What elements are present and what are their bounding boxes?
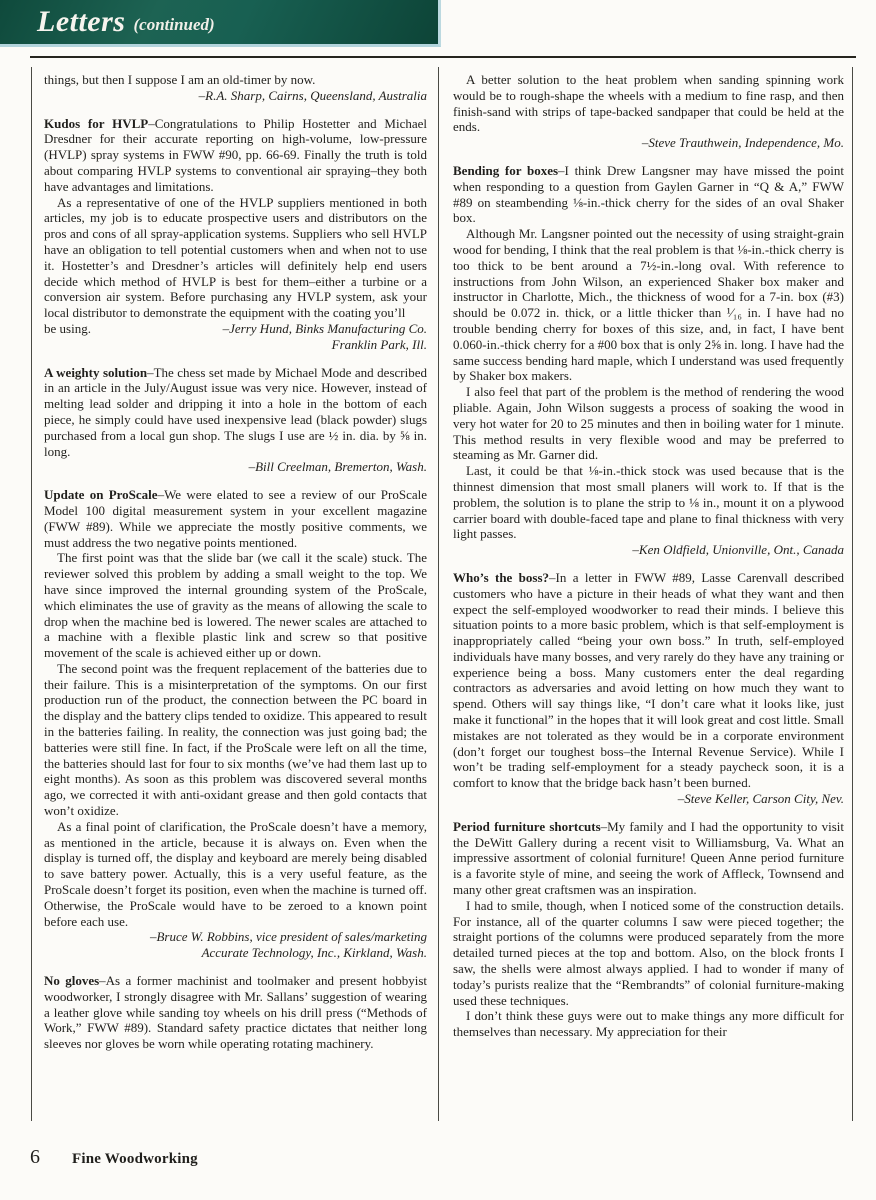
letter-paragraph: Update on ProScale–We were elated to see…: [44, 487, 427, 550]
page-title: Letters: [0, 7, 125, 37]
letter-paragraph: No gloves–As a former machinist and tool…: [44, 973, 427, 1052]
letter-paragraph: As a representative of one of the HVLP s…: [44, 195, 427, 321]
left-column: things, but then I suppose I am an old-t…: [32, 67, 439, 1121]
letter-heading: Kudos for HVLP: [44, 116, 148, 131]
signature-name: –Jerry Hund, Binks Manufacturing Co.: [223, 321, 427, 337]
letter-heading: Who’s the boss?: [453, 570, 549, 585]
letter-heading: Update on ProScale: [44, 487, 158, 502]
letter-heading: No gloves: [44, 973, 99, 988]
letter-paragraph: As a final point of clarification, the P…: [44, 819, 427, 930]
section-header-banner: Letters (continued): [0, 0, 441, 47]
header-rule: [30, 56, 856, 58]
letter-paragraph: I had to smile, though, when I noticed s…: [453, 898, 844, 1009]
letter-heading: Period furniture shortcuts: [453, 819, 601, 834]
letter-paragraph: A better solution to the heat problem wh…: [453, 72, 844, 135]
letter-no-gloves: No gloves–As a former machinist and tool…: [44, 973, 427, 1052]
letter-paragraph: Who’s the boss?–In a letter in FWW #89, …: [453, 570, 844, 791]
letter-paragraph: I don’t think these guys were out to mak…: [453, 1008, 844, 1040]
letter-signature: –Bruce W. Robbins, vice president of sal…: [44, 929, 427, 945]
letter-paragraph: things, but then I suppose I am an old-t…: [44, 72, 427, 88]
letter-update-on-proscale: Update on ProScale–We were elated to see…: [44, 487, 427, 961]
letter-paragraph: Kudos for HVLP–Congratulations to Philip…: [44, 116, 427, 195]
letter-signature: –Steve Keller, Carson City, Nev.: [453, 791, 844, 807]
letter-paragraph: The first point was that the slide bar (…: [44, 550, 427, 661]
letter-signature: –R.A. Sharp, Cairns, Queensland, Austral…: [44, 88, 427, 104]
letter-paragraph: A weighty solution–The chess set made by…: [44, 365, 427, 460]
letter-period-furniture-shortcuts: Period furniture shortcuts–My family and…: [453, 819, 844, 1040]
letter-continuation-sharp: things, but then I suppose I am an old-t…: [44, 72, 427, 104]
letter-signature: –Steve Trauthwein, Independence, Mo.: [453, 135, 844, 151]
letter-paragraph: Bending for boxes–I think Drew Langsner …: [453, 163, 844, 226]
right-column: A better solution to the heat problem wh…: [439, 67, 852, 1121]
letter-signature: Franklin Park, Ill.: [44, 337, 427, 353]
letter-paragraph: Last, it could be that ⅛-in.-thick stock…: [453, 463, 844, 542]
page-number: 6: [30, 1146, 40, 1169]
letter-signature: –Ken Oldfield, Unionville, Ont., Canada: [453, 542, 844, 558]
letter-paragraph: I also feel that part of the problem is …: [453, 384, 844, 463]
letter-continuation-trauthwein: A better solution to the heat problem wh…: [453, 72, 844, 151]
letter-signature: be using. –Jerry Hund, Binks Manufacturi…: [44, 321, 427, 337]
letter-paragraph: The second point was the frequent replac…: [44, 661, 427, 819]
letter-whos-the-boss: Who’s the boss?–In a letter in FWW #89, …: [453, 570, 844, 807]
letter-a-weighty-solution: A weighty solution–The chess set made by…: [44, 365, 427, 476]
page-footer: 6 Fine Woodworking: [30, 1146, 198, 1169]
letter-bending-for-boxes: Bending for boxes–I think Drew Langsner …: [453, 163, 844, 558]
letter-heading: Bending for boxes: [453, 163, 558, 178]
magazine-page: Letters (continued) things, but then I s…: [0, 0, 876, 1200]
letter-heading: A weighty solution: [44, 365, 147, 380]
text-columns: things, but then I suppose I am an old-t…: [31, 67, 853, 1121]
letter-signature: –Bill Creelman, Bremerton, Wash.: [44, 459, 427, 475]
signature-lead-text: be using.: [44, 321, 91, 337]
page-title-continued: (continued): [125, 16, 214, 33]
letter-signature: Accurate Technology, Inc., Kirkland, Was…: [44, 945, 427, 961]
magazine-name: Fine Woodworking: [72, 1151, 198, 1168]
letter-kudos-for-hvlp: Kudos for HVLP–Congratulations to Philip…: [44, 116, 427, 353]
letter-paragraph: Although Mr. Langsner pointed out the ne…: [453, 226, 844, 384]
letter-paragraph: Period furniture shortcuts–My family and…: [453, 819, 844, 898]
